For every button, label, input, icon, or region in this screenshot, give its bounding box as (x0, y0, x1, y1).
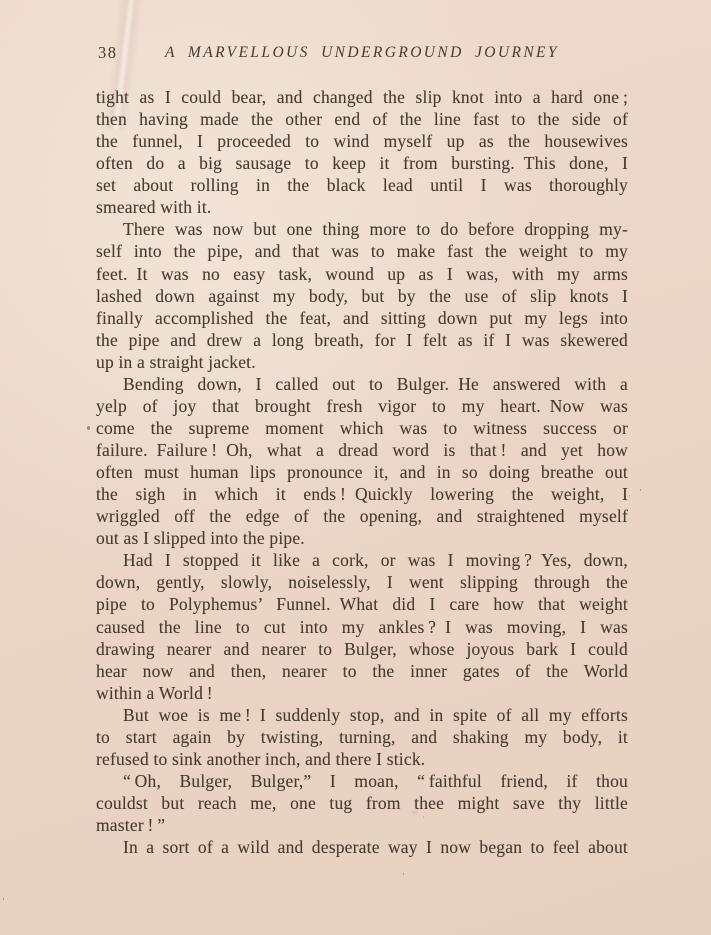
text-line: master ! ” (96, 814, 628, 836)
text-line: out as I slipped into the pipe. (96, 527, 628, 549)
text-line: lashed down against my body, but by the … (96, 285, 628, 307)
paragraph: But woe is me ! I suddenly stop, and in … (96, 704, 628, 770)
text-line: feet. It was no easy task, wound up as I… (96, 263, 628, 285)
text-line: smeared with it. (96, 196, 628, 218)
text-line: “ Oh, Bulger, Bulger,” I moan, “ faithfu… (96, 770, 628, 792)
text-line: But woe is me ! I suddenly stop, and in … (96, 704, 628, 726)
paragraph: In a sort of a wild and desperate way I … (96, 836, 628, 858)
text-line: drawing nearer and nearer to Bulger, who… (96, 638, 628, 660)
text-block: tight as I could bear, and changed the s… (96, 86, 628, 858)
text-line: In a sort of a wild and desperate way I … (96, 836, 628, 858)
paragraph: Bending down, I called out to Bulger. He… (96, 373, 628, 550)
text-line: self into the pipe, and that was to make… (96, 240, 628, 262)
text-line: There was now but one thing more to do b… (96, 218, 628, 240)
text-line: couldst but reach me, one tug from thee … (96, 792, 628, 814)
text-line: within a World ! (96, 682, 628, 704)
text-line: failure. Failure ! Oh, what a dread word… (96, 439, 628, 461)
text-line: the sigh in which it ends ! Quickly lowe… (96, 483, 628, 505)
text-line: the pipe and drew a long breath, for I f… (96, 329, 628, 351)
text-line: tight as I could bear, and changed the s… (96, 86, 628, 108)
running-title: A MARVELLOUS UNDERGROUND JOURNEY (96, 42, 628, 64)
text-line: caused the line to cut into my ankles ? … (96, 616, 628, 638)
text-line: come the supreme moment which was to wit… (96, 417, 628, 439)
book-page-scan: 38 A MARVELLOUS UNDERGROUND JOURNEY tigh… (0, 0, 711, 935)
text-line: Bending down, I called out to Bulger. He… (96, 373, 628, 395)
text-line: pipe to Polyphemus’ Funnel. What did I c… (96, 593, 628, 615)
text-line: the funnel, I proceeded to wind myself u… (96, 130, 628, 152)
text-line: down, gently, slowly, noiselessly, I wen… (96, 571, 628, 593)
text-line: finally accomplished the feat, and sitti… (96, 307, 628, 329)
text-line: hear now and then, nearer to the inner g… (96, 660, 628, 682)
text-line: up in a straight jacket. (96, 351, 628, 373)
text-line: refused to sink another inch, and there … (96, 748, 628, 770)
paragraph: tight as I could bear, and changed the s… (96, 86, 628, 218)
running-head: 38 A MARVELLOUS UNDERGROUND JOURNEY (96, 42, 628, 64)
page-number: 38 (98, 42, 118, 64)
text-line: Had I stopped it like a cork, or was I m… (96, 549, 628, 571)
text-line: then having made the other end of the li… (96, 108, 628, 130)
text-line: yelp of joy that brought fresh vigor to … (96, 395, 628, 417)
paragraph: There was now but one thing more to do b… (96, 218, 628, 372)
paragraph: “ Oh, Bulger, Bulger,” I moan, “ faithfu… (96, 770, 628, 836)
text-line: wriggled off the edge of the opening, an… (96, 505, 628, 527)
paper-specks (87, 426, 90, 430)
text-line: often must human lips pronounce it, and … (96, 461, 628, 483)
text-line: set about rolling in the black lead unti… (96, 174, 628, 196)
text-line: often do a big sausage to keep it from b… (96, 152, 628, 174)
paragraph: Had I stopped it like a cork, or was I m… (96, 549, 628, 703)
text-line: to start again by twisting, turning, and… (96, 726, 628, 748)
